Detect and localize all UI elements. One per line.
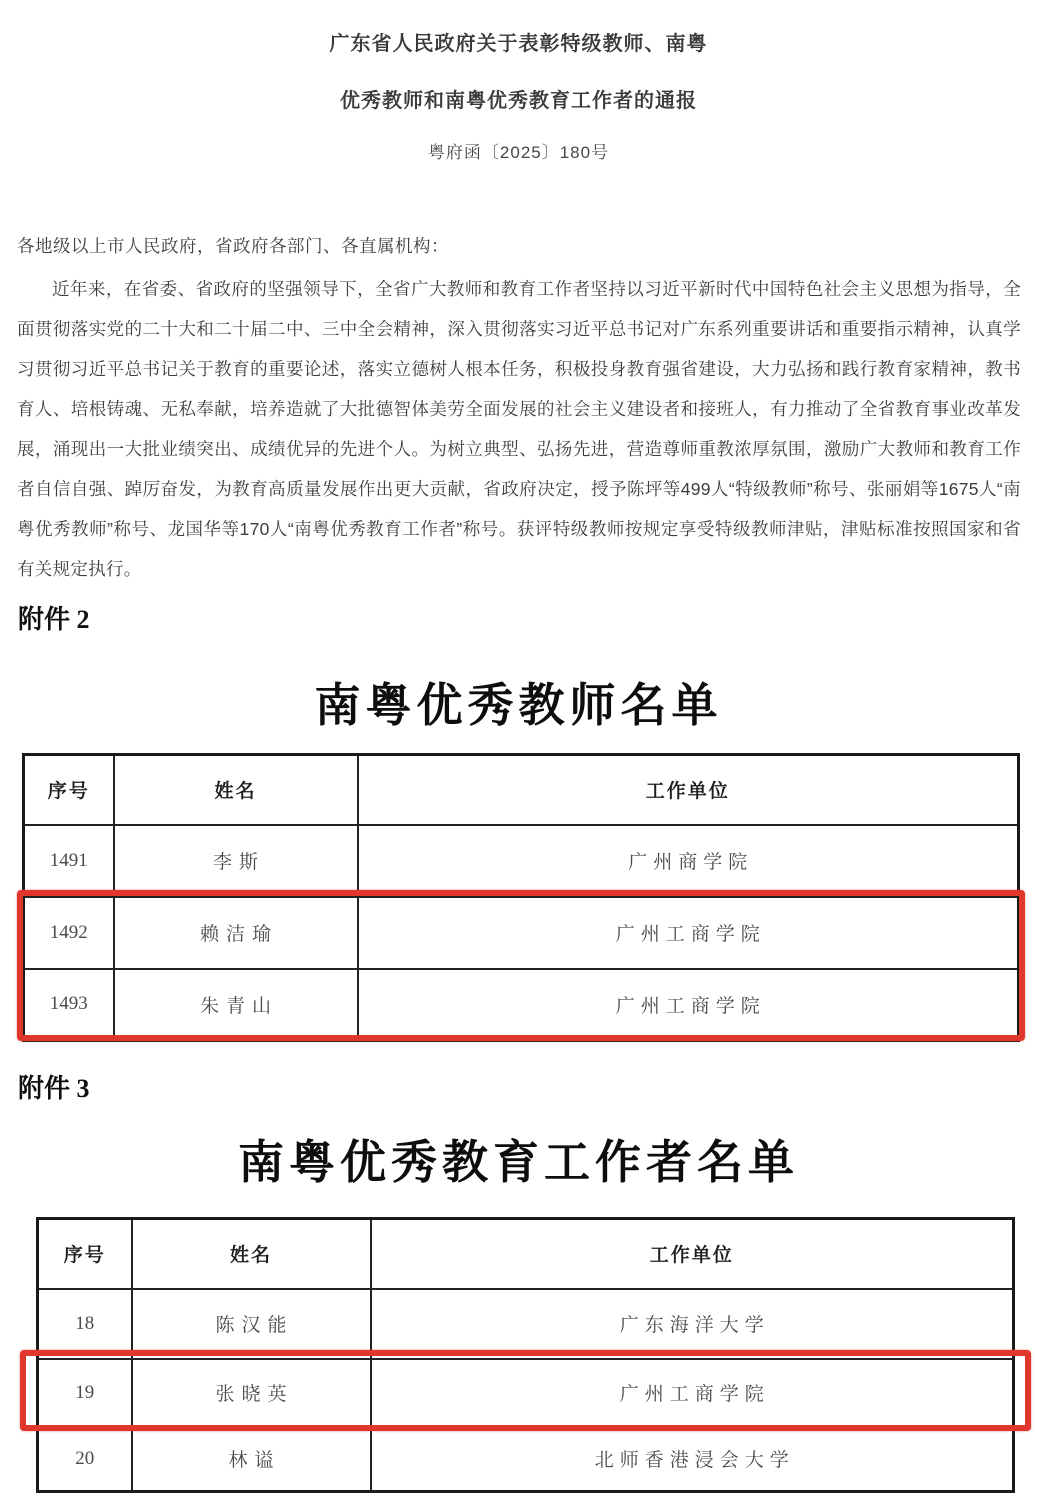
table-row: 1492 赖洁瑜 广州工商学院 [24,897,1019,969]
teachers-table: 序号 姓名 工作单位 1491 李斯 广州商学院 1492 赖洁瑜 广州工商学院… [22,753,1020,1042]
cell-name: 陈汉能 [132,1289,371,1359]
doc-number: 粤府函〔2025〕180号 [0,138,1037,163]
table-row: 1493 朱青山 广州工商学院 [24,969,1019,1041]
teachers-table-wrap: 序号 姓名 工作单位 1491 李斯 广州商学院 1492 赖洁瑜 广州工商学院… [22,753,1020,1042]
cell-unit: 北师香港浸会大学 [371,1427,1014,1492]
attachment3-label: 附件 3 [18,1068,90,1105]
header-name: 姓名 [132,1219,371,1289]
attachment2-label: 附件 2 [18,599,90,636]
table-row: 20 林谥 北师香港浸会大学 [38,1427,1014,1492]
table-row: 18 陈汉能 广东海洋大学 [38,1289,1014,1359]
cell-name: 朱青山 [114,969,358,1041]
cell-unit: 广州工商学院 [371,1359,1014,1427]
cell-no: 20 [38,1427,132,1492]
cell-no: 1493 [24,969,114,1041]
cell-no: 1492 [24,897,114,969]
workers-table: 序号 姓名 工作单位 18 陈汉能 广东海洋大学 19 张晓英 广州工商学院 2… [36,1217,1015,1493]
cell-name: 赖洁瑜 [114,897,358,969]
header-unit: 工作单位 [371,1219,1014,1289]
cell-name: 李斯 [114,825,358,897]
cell-no: 19 [38,1359,132,1427]
table-header-row: 序号 姓名 工作单位 [38,1219,1014,1289]
cell-unit: 广州工商学院 [358,897,1019,969]
attachment2-title: 南粤优秀教师名单 [0,669,1037,735]
header-no: 序号 [24,755,114,825]
cell-unit: 广州商学院 [358,825,1019,897]
cell-name: 林谥 [132,1427,371,1492]
table-row: 1491 李斯 广州商学院 [24,825,1019,897]
body-paragraph: 近年来，在省委、省政府的坚强领导下，全省广大教师和教育工作者坚持以习近平新时代中… [17,269,1021,589]
workers-table-wrap: 序号 姓名 工作单位 18 陈汉能 广东海洋大学 19 张晓英 广州工商学院 2… [36,1217,1015,1493]
attachment3-title: 南粤优秀教育工作者名单 [0,1126,1037,1192]
doc-title-line2: 优秀教师和南粤优秀教育工作者的通报 [0,84,1037,113]
cell-name: 张晓英 [132,1359,371,1427]
cell-unit: 广州工商学院 [358,969,1019,1041]
header-unit: 工作单位 [358,755,1019,825]
salutation: 各地级以上市人民政府，省政府各部门、各直属机构： [17,233,1021,258]
doc-title-line1: 广东省人民政府关于表彰特级教师、南粤 [0,27,1037,56]
cell-no: 1491 [24,825,114,897]
table-header-row: 序号 姓名 工作单位 [24,755,1019,825]
header-no: 序号 [38,1219,132,1289]
cell-no: 18 [38,1289,132,1359]
table-row: 19 张晓英 广州工商学院 [38,1359,1014,1427]
header-name: 姓名 [114,755,358,825]
cell-unit: 广东海洋大学 [371,1289,1014,1359]
document-page: 广东省人民政府关于表彰特级教师、南粤 优秀教师和南粤优秀教育工作者的通报 粤府函… [0,0,1037,1500]
